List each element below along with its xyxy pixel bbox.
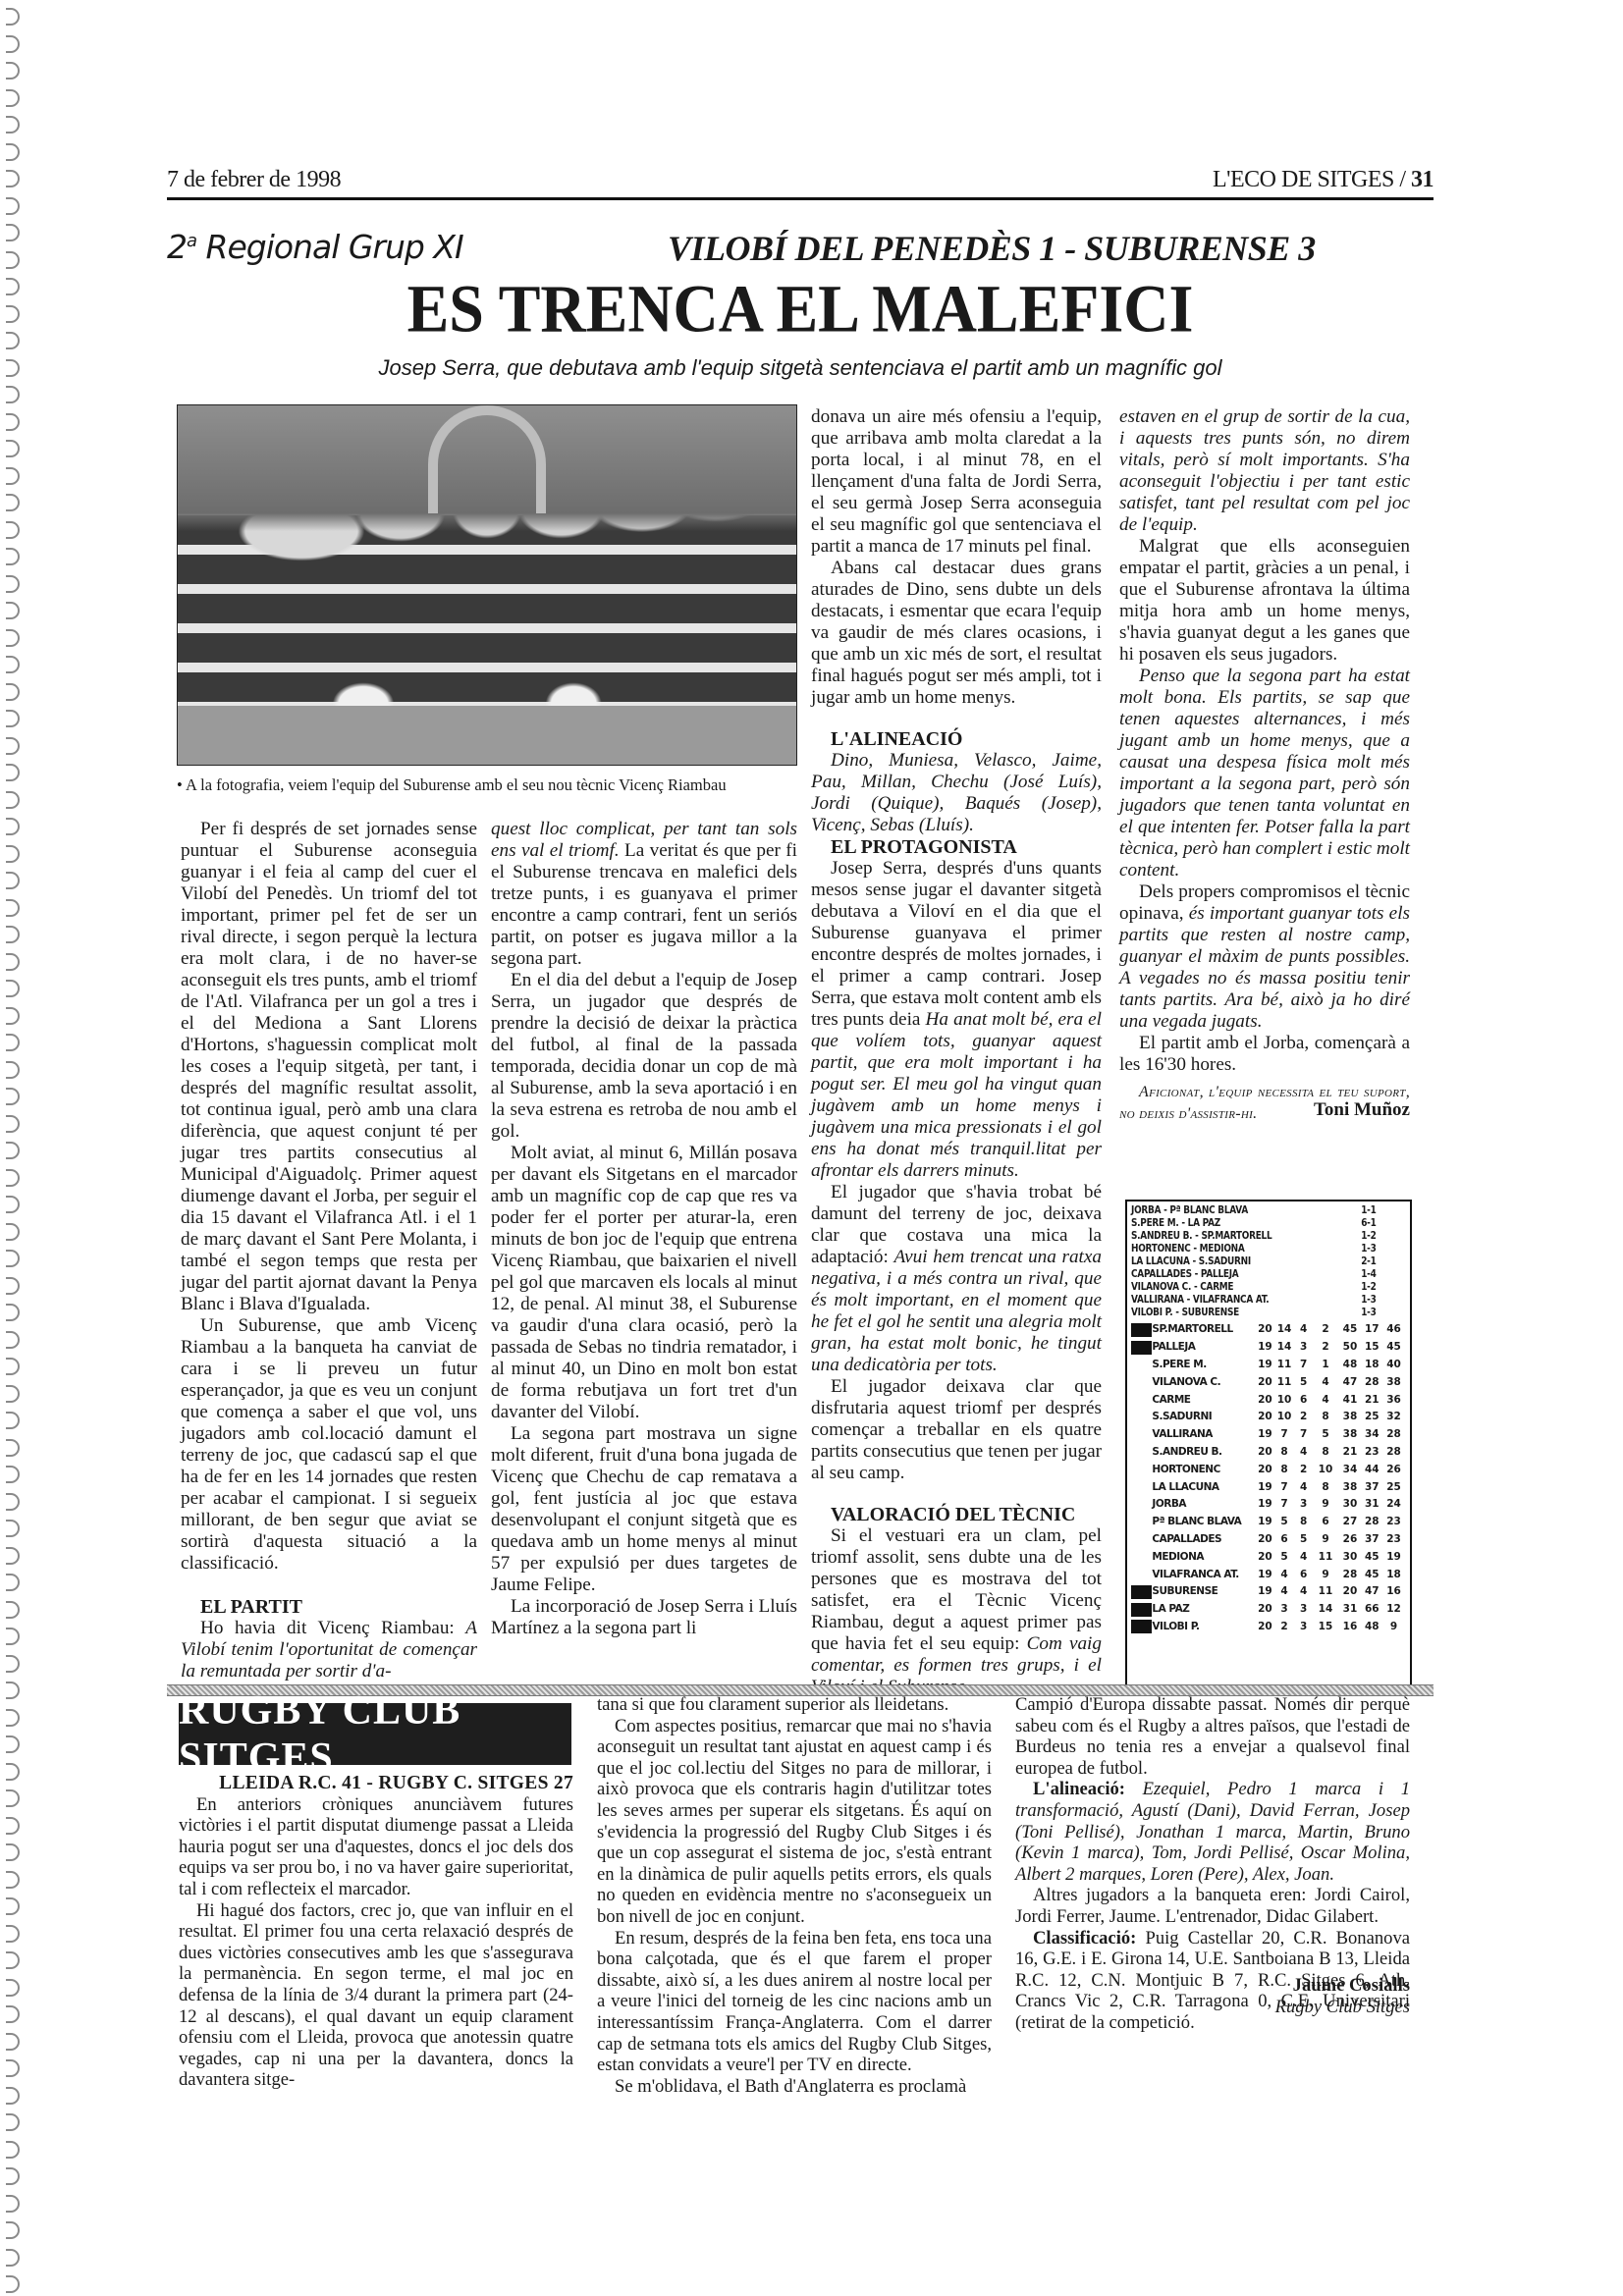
binding-ring-icon [6,818,20,835]
results-standings-table: JORBA - Pª BLANC BLAVA1-1S.PERE M. - LA … [1125,1200,1412,1690]
standings-gf: 30 [1337,1551,1362,1564]
standings-pts: 16 [1381,1585,1406,1598]
binding-ring-icon [6,2033,20,2051]
standings-e: 7 [1294,1428,1314,1441]
league-standings: SP.MARTORELL201442451746PALLEJA191432501… [1131,1321,1406,1635]
standings-g: 14 [1274,1341,1294,1354]
standings-pts: 23 [1381,1533,1406,1546]
standings-team: VALLIRANA [1152,1428,1255,1441]
standings-team: LA LLACUNA [1152,1481,1255,1494]
binding-ring-icon [6,764,20,781]
standings-p: 2 [1314,1341,1338,1354]
standings-pts: 24 [1381,1498,1406,1511]
standings-team: MEDIONA [1152,1551,1255,1564]
standings-row: S.ANDREU B.20848212328 [1131,1444,1406,1462]
standings-gc: 66 [1362,1603,1381,1616]
standings-gf: 48 [1337,1359,1362,1371]
binding-ring-icon [6,305,20,323]
binding-ring-icon [6,467,20,485]
standings-row: S.SADURNI201028382532 [1131,1409,1406,1426]
standings-p: 4 [1314,1376,1338,1389]
standings-team: S.ANDREU B. [1152,1446,1255,1459]
standings-gc: 17 [1362,1323,1381,1336]
standings-p: 6 [1314,1516,1338,1528]
paragraph: En resum, després de la feina ben feta, … [597,1928,992,2076]
result-score: 1-1 [1361,1204,1376,1217]
no-marker [1131,1428,1152,1442]
standings-g: 5 [1274,1516,1294,1528]
standings-gf: 16 [1337,1621,1362,1633]
result-score: 1-3 [1361,1243,1376,1255]
binding-ring-icon [6,899,20,917]
standings-e: 3 [1294,1603,1314,1616]
standings-row: CARME201064412136 [1131,1391,1406,1409]
paragraph: Malgrat que ells aconseguien empatar el … [1119,536,1410,666]
standings-team: JORBA [1152,1498,1255,1511]
binding-ring-icon [6,413,20,431]
paragraph: Se m'oblidava, el Bath d'Anglaterra es p… [597,2076,992,2098]
standings-e: 3 [1294,1498,1314,1511]
lineup-list: Dino, Muniesa, Velasco, Jaime, Pau, Mill… [811,750,1102,836]
text: Ho havia dit Vicenç Riambau: [200,1618,465,1638]
binding-ring-icon [6,332,20,349]
standings-gf: 26 [1337,1533,1362,1546]
standings-gf: 20 [1337,1585,1362,1598]
no-marker [1131,1550,1152,1564]
standings-gc: 23 [1362,1446,1381,1459]
result-score: 2-1 [1361,1255,1376,1268]
standings-p: 9 [1314,1569,1338,1581]
binding-ring-icon [6,1196,20,1213]
paragraph: Molt aviat, al minut 6, Millán posava pe… [491,1143,797,1423]
standings-e: 5 [1294,1533,1314,1546]
standings-p: 4 [1314,1394,1338,1407]
binding-ring-icon [6,1817,20,1835]
standings-e: 4 [1294,1551,1314,1564]
standings-gf: 41 [1337,1394,1362,1407]
binding-ring-icon [6,1115,20,1133]
standings-pts: 18 [1381,1569,1406,1581]
binding-ring-icon [6,656,20,673]
binding-ring-icon [6,1358,20,1375]
binding-ring-icon [6,2249,20,2267]
standings-team: CARME [1152,1394,1255,1407]
section-heading-valoracio: VALORACIÓ DEL TÈCNIC [811,1504,1102,1525]
standings-g: 5 [1274,1551,1294,1564]
binding-ring-icon [6,1897,20,1915]
standings-g: 7 [1274,1481,1294,1494]
standings-label: Classificació: [1033,1928,1146,1949]
article-column-2: quest lloc complicat, per tant tan sols … [491,819,797,1639]
result-match: HORTONENC - MEDIONA [1131,1243,1245,1255]
text: Josep Serra, després d'uns quants mesos … [811,858,1102,1030]
paragraph: Com aspectes positius, remarcar que mai … [597,1716,992,1928]
binding-ring-icon [6,1843,20,1861]
standings-team: SP.MARTORELL [1152,1323,1255,1336]
binding-ring-icon [6,926,20,943]
standings-team: LA PAZ [1152,1603,1255,1616]
standings-p: 14 [1314,1603,1338,1616]
binding-ring-icon [6,1007,20,1025]
standings-team: VILAFRANCA AT. [1152,1569,1255,1581]
binding-ring-icon [6,35,20,53]
article-column-1: Per fi després de set jornades sense pun… [181,819,477,1682]
no-marker [1131,1532,1152,1546]
standings-g: 8 [1274,1464,1294,1476]
binding-ring-icon [6,1142,20,1159]
standings-e: 2 [1294,1411,1314,1423]
result-match: S.PERE M. - LA PAZ [1131,1217,1220,1230]
team-photo [177,404,797,766]
standings-pj: 19 [1256,1428,1275,1441]
no-marker [1131,1498,1152,1512]
standings-g: 4 [1274,1585,1294,1598]
standings-pts: 25 [1381,1481,1406,1494]
standings-g: 4 [1274,1569,1294,1581]
promotion-marker-icon [1131,1341,1152,1355]
standings-g: 7 [1274,1498,1294,1511]
binding-ring-icon [6,143,20,161]
binding-ring-icon [6,2087,20,2105]
standings-gf: 38 [1337,1428,1362,1441]
binding-ring-icon [6,1601,20,1619]
standings-p: 11 [1314,1551,1338,1564]
standings-e: 4 [1294,1585,1314,1598]
standings-e: 3 [1294,1621,1314,1633]
standings-gc: 25 [1362,1411,1381,1423]
article-column-3: donava un aire més ofensiu a l'equip, qu… [811,406,1102,1698]
binding-ring-icon [6,1250,20,1267]
standings-g: 3 [1274,1603,1294,1616]
paragraph: Josep Serra, després d'uns quants mesos … [811,858,1102,1182]
rugby-author: Jaume Cosialls [1275,1975,1410,1997]
binding-ring-icon [6,791,20,809]
match-score: VILOBÍ DEL PENEDÈS 1 - SUBURENSE 3 [668,228,1316,269]
article-kicker: 2a Regional Grup XI VILOBÍ DEL PENEDÈS 1… [167,228,1434,273]
standings-gf: 45 [1337,1323,1362,1336]
standings-row: VILANOVA C.201154472838 [1131,1373,1406,1391]
standings-row: SP.MARTORELL201442451746 [1131,1321,1406,1339]
quote: Ha anat molt bé, era el que volíem tots,… [811,1009,1102,1181]
standings-gc: 47 [1362,1585,1381,1598]
binding-ring-icon [6,845,20,863]
binding-ring-icon [6,197,20,215]
standings-team: S.SADURNI [1152,1411,1255,1423]
standings-p: 11 [1314,1585,1338,1598]
paragraph: Dels propers compromisos el tècnic opina… [1119,881,1410,1033]
paragraph: Altres jugadors a la banqueta eren: Jord… [1015,1885,1410,1927]
binding-ring-icon [6,1682,20,1699]
paragraph: Ho havia dit Vicenç Riambau: A Vilobí te… [181,1618,477,1682]
binding-ring-icon [6,872,20,889]
paragraph: El partit amb el Jorba, començarà a les … [1119,1033,1410,1076]
standings-pj: 20 [1256,1533,1275,1546]
no-marker [1131,1393,1152,1407]
standings-pj: 19 [1256,1498,1275,1511]
standings-p: 8 [1314,1411,1338,1423]
standings-e: 4 [1294,1323,1314,1336]
standings-pts: 28 [1381,1428,1406,1441]
result-match: VILOBI P. - SUBURENSE [1131,1307,1239,1319]
standings-gf: 38 [1337,1481,1362,1494]
standings-pts: 26 [1381,1464,1406,1476]
standings-gc: 48 [1362,1621,1381,1633]
publication-title: L'ECO DE SITGES / [1213,167,1411,192]
league-number: 2 [167,228,187,266]
standings-pts: 9 [1381,1621,1406,1633]
page-header: 7 de febrer de 1998 L'ECO DE SITGES / 31 [167,161,1434,200]
result-score: 1-3 [1361,1294,1376,1307]
result-row: JORBA - Pª BLANC BLAVA1-1 [1131,1204,1404,1217]
standings-pj: 20 [1256,1446,1275,1459]
standings-pj: 20 [1256,1621,1275,1633]
binding-ring-icon [6,1034,20,1051]
standings-gf: 21 [1337,1446,1362,1459]
result-row: CAPALLADES - PALLEJA1-4 [1131,1268,1404,1281]
standings-gf: 31 [1337,1603,1362,1616]
standings-gf: 50 [1337,1341,1362,1354]
standings-row: VILOBI P.20231516489 [1131,1619,1406,1636]
result-match: CAPALLADES - PALLEJA [1131,1268,1238,1281]
result-row: S.ANDREU B. - SP.MARTORELL1-2 [1131,1230,1404,1243]
binding-ring-icon [6,1655,20,1673]
result-row: VILOBI P. - SUBURENSE1-3 [1131,1307,1404,1319]
standings-row: CAPALLADES20659263723 [1131,1531,1406,1549]
binding-ring-icon [6,2005,20,2023]
standings-pts: 46 [1381,1323,1406,1336]
article-column-4: estaven en el grup de sortir de la cua, … [1119,406,1410,1125]
standings-team: HORTONENC [1152,1464,1255,1476]
standings-gf: 34 [1337,1464,1362,1476]
standings-p: 8 [1314,1481,1338,1494]
binding-ring-icon [6,1951,20,1969]
binding-ring-icon [6,1574,20,1591]
standings-pj: 20 [1256,1376,1275,1389]
standings-pj: 19 [1256,1359,1275,1371]
standings-gf: 38 [1337,1411,1362,1423]
standings-e: 3 [1294,1341,1314,1354]
standings-team: SUBURENSE [1152,1585,1255,1598]
standings-gc: 21 [1362,1394,1381,1407]
article-author: Toni Muñoz [1314,1099,1410,1121]
standings-gc: 34 [1362,1428,1381,1441]
binding-ring-icon [6,1412,20,1429]
standings-gc: 37 [1362,1481,1381,1494]
binding-ring-icon [6,1763,20,1781]
standings-pts: 12 [1381,1603,1406,1616]
match-results: JORBA - Pª BLANC BLAVA1-1S.PERE M. - LA … [1131,1204,1406,1319]
paragraph: Abans cal destacar dues grans aturades d… [811,558,1102,709]
standings-gc: 37 [1362,1533,1381,1546]
lineup-label: L'alineació: [1033,1779,1143,1799]
binding-ring-icon [6,89,20,107]
rugby-column-1: LLEIDA R.C. 41 - RUGBY C. SITGES 27 En a… [179,1773,573,2091]
standings-pj: 20 [1256,1411,1275,1423]
no-marker [1131,1411,1152,1424]
binding-ring-icon [6,1493,20,1511]
binding-ring-icon [6,2221,20,2239]
result-match: VILANOVA C. - CARME [1131,1281,1233,1294]
binding-ring-icon [6,1439,20,1457]
standings-gc: 31 [1362,1498,1381,1511]
subheadline: Josep Serra, que debutava amb l'equip si… [167,355,1434,381]
binding-ring-icon [6,1520,20,1537]
standings-row: LA PAZ203314316612 [1131,1601,1406,1619]
standings-row: HORTONENC208210344426 [1131,1461,1406,1478]
standings-row: VILAFRANCA AT.19469284518 [1131,1566,1406,1583]
standings-gc: 45 [1362,1551,1381,1564]
binding-ring-icon [6,1789,20,1807]
standings-g: 2 [1274,1621,1294,1633]
standings-pj: 20 [1256,1464,1275,1476]
standings-pj: 20 [1256,1603,1275,1616]
paragraph: El jugador que s'havia trobat bé damunt … [811,1182,1102,1376]
paragraph: tana si que fou clarament superior als l… [597,1694,992,1716]
standings-pts: 38 [1381,1376,1406,1389]
rugby-column-2: tana si que fou clarament superior als l… [597,1694,992,2097]
binding-ring-icon [6,575,20,593]
standings-g: 11 [1274,1359,1294,1371]
binding-ring-icon [6,1304,20,1321]
standings-team: VILOBI P. [1152,1621,1255,1633]
paragraph: En el dia del debut a l'equip de Josep S… [491,970,797,1143]
binding-ring-icon [6,251,20,269]
binding-ring-icon [6,2059,20,2077]
standings-gc: 44 [1362,1464,1381,1476]
binding-ring-icon [6,1277,20,1295]
binding-ring-icon [6,683,20,701]
standings-p: 8 [1314,1446,1338,1459]
standings-p: 9 [1314,1498,1338,1511]
result-match: LA LLACUNA - S.SADURNI [1131,1255,1251,1268]
standings-gc: 28 [1362,1516,1381,1528]
result-match: JORBA - Pª BLANC BLAVA [1131,1204,1248,1217]
standings-pts: 32 [1381,1411,1406,1423]
standings-row: Pª BLANC BLAVA19586272823 [1131,1514,1406,1531]
result-row: VILANOVA C. - CARME1-2 [1131,1281,1404,1294]
paragraph: Campió d'Europa dissabte passat. Només d… [1015,1694,1410,1779]
section-heading-partit: EL PARTIT [181,1596,477,1618]
standings-gf: 27 [1337,1516,1362,1528]
paragraph: El jugador deixava clar que disfrutaria … [811,1376,1102,1484]
binding-ring-icon [6,1169,20,1187]
league-name: Regional Grup XI [196,228,463,266]
binding-ring-icon [6,62,20,80]
result-match: S.ANDREU B. - SP.MARTORELL [1131,1230,1271,1243]
binding-ring-icon [6,1385,20,1403]
result-match: VALLIRANA - VILAFRANCA AT. [1131,1294,1269,1307]
standings-pj: 19 [1256,1569,1275,1581]
rugby-section-banner: RUGBY CLUB SITGES [179,1703,571,1765]
binding-ring-icon [6,737,20,755]
paragraph: Per fi després de set jornades sense pun… [181,819,477,1315]
standings-g: 6 [1274,1533,1294,1546]
standings-g: 10 [1274,1411,1294,1423]
standings-pj: 19 [1256,1341,1275,1354]
binding-ring-icon [6,1979,20,1997]
standings-e: 4 [1294,1481,1314,1494]
paragraph: quest lloc complicat, per tant tan sols … [491,819,797,970]
result-score: 1-3 [1361,1307,1376,1319]
standings-pts: 23 [1381,1516,1406,1528]
no-marker [1131,1516,1152,1529]
standings-row: SUBURENSE194411204716 [1131,1583,1406,1601]
binding-ring-icon [6,1466,20,1483]
standings-row: PALLEJA191432501545 [1131,1339,1406,1357]
standings-e: 6 [1294,1394,1314,1407]
binding-ring-icon [6,980,20,997]
paragraph: donava un aire més ofensiu a l'equip, qu… [811,406,1102,558]
binding-ring-icon [6,224,20,241]
standings-p: 2 [1314,1323,1338,1336]
standings-row: JORBA19739303124 [1131,1496,1406,1514]
standings-g: 7 [1274,1428,1294,1441]
standings-pj: 20 [1256,1394,1275,1407]
quote-paragraph: estaven en el grup de sortir de la cua, … [1119,406,1410,536]
binding-ring-icon [6,1735,20,1753]
binding-ring-icon [6,2195,20,2213]
result-row: VALLIRANA - VILAFRANCA AT.1-3 [1131,1294,1404,1307]
standings-g: 11 [1274,1376,1294,1389]
section-heading-alineacio: L'ALINEACIÓ [811,728,1102,750]
standings-row: MEDIONA205411304519 [1131,1548,1406,1566]
photo-caption: • A la fotografia, veiem l'equip del Sub… [177,775,727,795]
binding-ring-icon [6,8,20,26]
no-marker [1131,1480,1152,1494]
issue-date: 7 de febrer de 1998 [167,167,341,193]
result-row: HORTONENC - MEDIONA1-3 [1131,1243,1404,1255]
paragraph: Si el vestuari era un clam, pel triomf a… [811,1525,1102,1698]
standings-team: PALLEJA [1152,1341,1255,1354]
standings-gf: 47 [1337,1376,1362,1389]
binding-ring-icon [6,1925,20,1943]
standings-pj: 19 [1256,1585,1275,1598]
standings-row: S.PERE M.191171481840 [1131,1357,1406,1374]
binding-ring-icon [6,1223,20,1241]
binding-ring-icon [6,602,20,619]
result-score: 1-4 [1361,1268,1376,1281]
standings-gc: 15 [1362,1341,1381,1354]
standings-row: VALLIRANA19775383428 [1131,1426,1406,1444]
section-heading-protagonista: EL PROTAGONISTA [811,836,1102,858]
paragraph: La segona part mostrava un signe molt di… [491,1423,797,1596]
binding-ring-icon [6,629,20,647]
league-label: 2a Regional Grup XI [167,228,463,266]
binding-ring-icon [6,1628,20,1645]
binding-ring-icon [6,1547,20,1565]
standings-gf: 28 [1337,1569,1362,1581]
standings-pj: 19 [1256,1516,1275,1528]
rugby-banner-title: RUGBY CLUB SITGES [179,1687,571,1782]
result-score: 1-2 [1361,1281,1376,1294]
standings-pts: 36 [1381,1394,1406,1407]
page-number: 31 [1411,167,1434,192]
binding-ring-icon [6,1061,20,1079]
standings-g: 14 [1274,1323,1294,1336]
publication-name: L'ECO DE SITGES / 31 [1213,167,1434,193]
paragraph: L'alineació: Ezequiel, Pedro 1 marca i 1… [1015,1779,1410,1885]
binding-ring-icon [6,359,20,377]
standings-pts: 40 [1381,1359,1406,1371]
standings-p: 9 [1314,1533,1338,1546]
standings-team: Pª BLANC BLAVA [1152,1516,1255,1528]
standings-p: 1 [1314,1359,1338,1371]
spiral-binding [0,0,39,2296]
binding-ring-icon [6,2167,20,2185]
binding-ring-icon [6,710,20,727]
standings-p: 15 [1314,1621,1338,1633]
no-marker [1131,1375,1152,1389]
